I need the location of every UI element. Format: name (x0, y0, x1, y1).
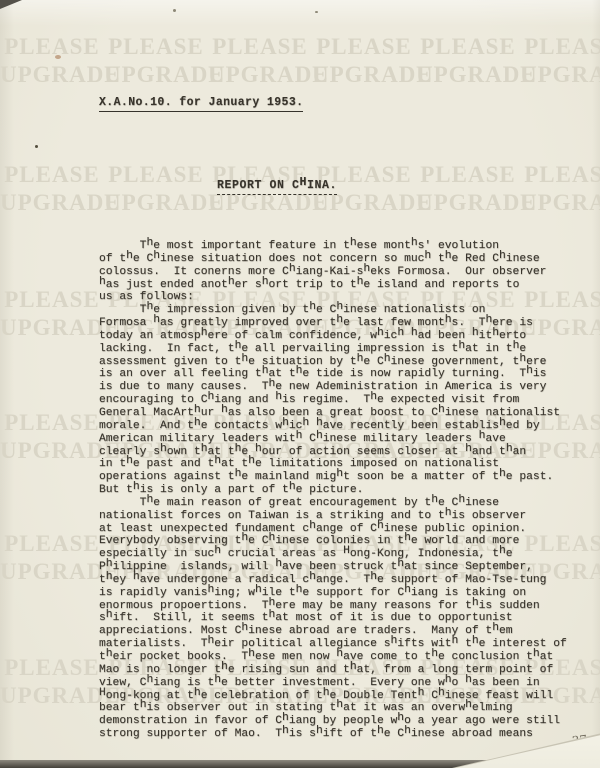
body-line: view, Chiang is the better investment. E… (99, 677, 567, 690)
body-line: is rapidly vanishing; while the support … (99, 587, 567, 600)
body-line: their pocket books. These men now have c… (99, 651, 567, 664)
body-line: is an over all feeling that the tide is … (99, 368, 567, 381)
body-line: The impression given by the Chinese nati… (99, 304, 567, 317)
body-line: General MacArthur has also been a great … (99, 407, 567, 420)
body-line: nationalist forces on Taiwan is a striki… (99, 510, 567, 523)
body-line: especially in such crucial areas as Hong… (99, 548, 567, 561)
body-line: clearly shown that the hour of action se… (99, 446, 567, 459)
paper-speck (173, 9, 176, 12)
body-line: lacking. In fact, the all pervailing imp… (99, 343, 567, 356)
body-line: American military leaders with Chinese m… (99, 433, 567, 446)
body-line: Everybody observing the Chinese colonies… (99, 535, 567, 548)
body-line: they have undergone a radical change. Th… (99, 574, 567, 587)
body-line: Hong-kong at the celebration of the Doub… (99, 690, 567, 703)
body-line: encouraging to Chiang and his regime. Th… (99, 394, 567, 407)
document-title: REPORT ON CHINA. (217, 179, 337, 195)
body-line: in the past and that the limitations imp… (99, 458, 567, 471)
document-body: The most important feature in these mont… (99, 240, 567, 741)
paper-speck (55, 55, 61, 59)
body-line: of the Chinese situation does not concer… (99, 253, 567, 266)
body-line: today an atmosphere of calm confidence, … (99, 330, 567, 343)
scanned-document-page: PLEASEUPGRADEPLEASEUPGRADEPLEASEUPGRADEP… (0, 0, 600, 768)
body-line: assessment given to the situation by the… (99, 356, 567, 369)
body-line: materialists. Their political allegiance… (99, 638, 567, 651)
document-content: X.A.No.10. for January 1953. REPORT ON C… (0, 0, 600, 768)
body-line: strong supporter of Mao. This shift of t… (99, 728, 567, 741)
body-line: demonstration in favor of Chiang by peop… (99, 715, 567, 728)
body-line: us as follows: (99, 291, 567, 304)
body-line: bear this observer out in stating that i… (99, 702, 567, 715)
body-line: operations against the mainland might so… (99, 471, 567, 484)
body-line: morale. And the contacts which have rece… (99, 420, 567, 433)
body-line: is due to many causes. The new Ademinist… (99, 381, 567, 394)
paper-speck (35, 145, 38, 148)
body-line: at least unexpected fundament change of … (99, 523, 567, 536)
body-line: But this is only a part of the picture. (99, 484, 567, 497)
body-line: Mao is no longer the rising sun and that… (99, 664, 567, 677)
body-line: The most important feature in these mont… (99, 240, 567, 253)
body-line: The main reason of great encouragement b… (99, 497, 567, 510)
body-line: Philippine islands, will have been struc… (99, 561, 567, 574)
body-line: appreciations. Most Chinese abroad are t… (99, 625, 567, 638)
body-line: colossus. It conerns more Chiang-Kai-she… (99, 266, 567, 279)
body-line: enormous propoertions. There may be many… (99, 600, 567, 613)
paper-speck (315, 11, 318, 13)
document-reference-header: X.A.No.10. for January 1953. (99, 96, 303, 112)
body-line: has just ended another short trip to the… (99, 279, 567, 292)
